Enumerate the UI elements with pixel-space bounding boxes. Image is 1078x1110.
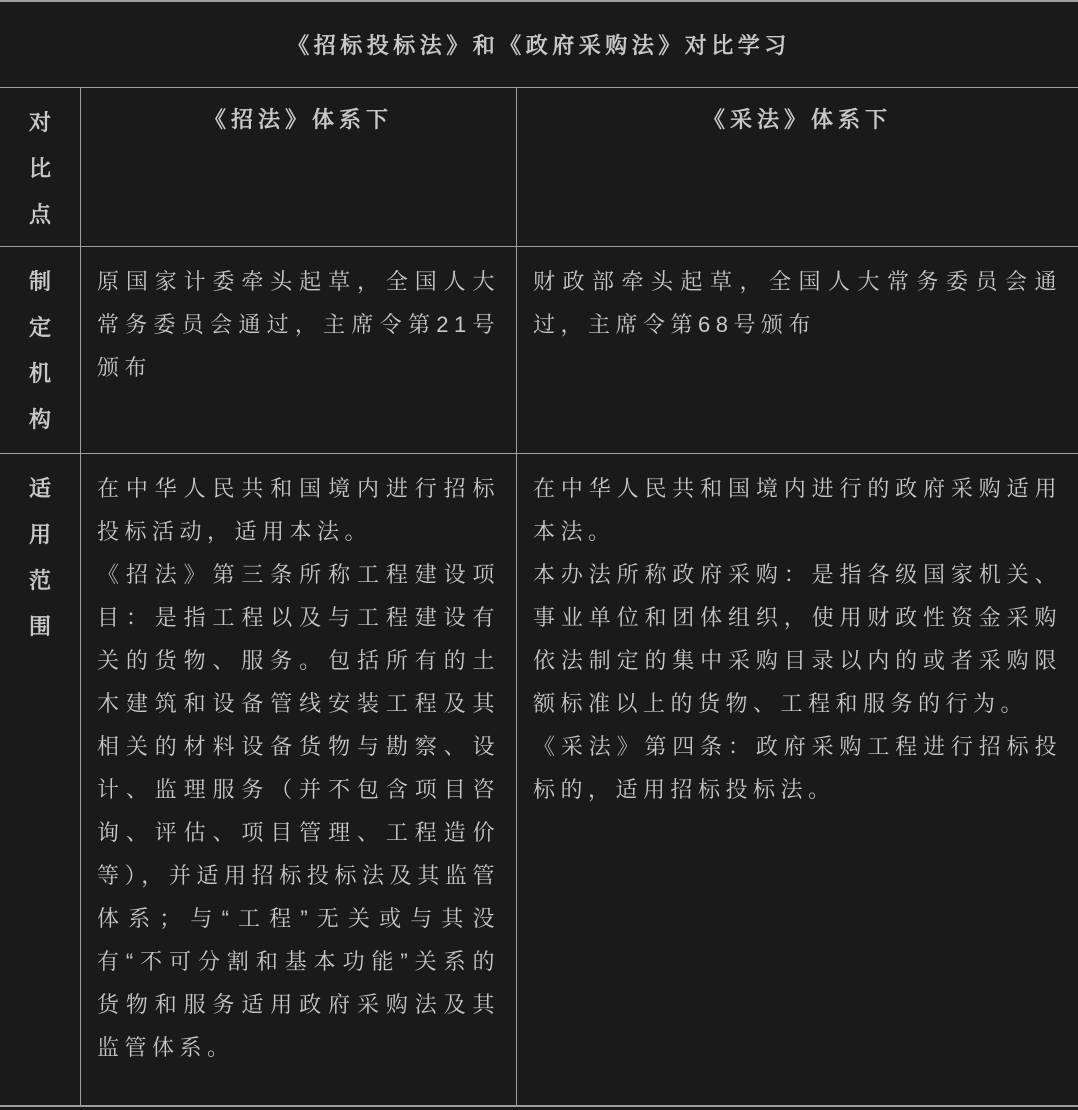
paragraph: 财政部牵头起草，全国人大常务委员会通过，主席令第68号颁布 (533, 260, 1062, 346)
row-label-making-body: 制定机构 (29, 259, 51, 443)
paragraph: 原国家计委牵头起草，全国人大常务委员会通过，主席令第21号颁布 (97, 260, 500, 389)
corner-header-cell: 对比点 (0, 87, 80, 246)
paragraph: 本办法所称政府采购：是指各级国家机关、事业单位和团体组织，使用财政性资金采购依法… (533, 553, 1062, 725)
paragraph: 在中华人民共和国境内进行的政府采购适用本法。 (533, 467, 1062, 553)
page-title: 《招标投标法》和《政府采购法》对比学习 (0, 2, 1078, 87)
cell-zhao-making-body: 原国家计委牵头起草，全国人大常务委员会通过，主席令第21号颁布 (80, 246, 516, 453)
cell-zhao-scope: 在中华人民共和国境内进行招标投标活动，适用本法。 《招法》第三条所称工程建设项目… (80, 453, 516, 1105)
row-label-scope: 适用范围 (29, 466, 51, 650)
paragraph: 《招法》第三条所称工程建设项目：是指工程以及与工程建设有关的货物、服务。包括所有… (97, 553, 500, 1069)
col-header-cai: 《采法》体系下 (516, 87, 1078, 246)
row-label-cell-making-body: 制定机构 (0, 246, 80, 453)
comparison-table: 对比点 《招法》体系下 《采法》体系下 制定机构 原国家计委牵头起草，全国人大常… (0, 87, 1078, 1107)
cell-cai-scope: 在中华人民共和国境内进行的政府采购适用本法。 本办法所称政府采购：是指各级国家机… (516, 453, 1078, 1105)
comparison-table-page: 《招标投标法》和《政府采购法》对比学习 对比点 《招法》体系下 《采法》体系下 … (0, 0, 1078, 1110)
paragraph: 在中华人民共和国境内进行招标投标活动，适用本法。 (97, 467, 500, 553)
row-label-cell-scope: 适用范围 (0, 453, 80, 1105)
cell-cai-making-body: 财政部牵头起草，全国人大常务委员会通过，主席令第68号颁布 (516, 246, 1078, 453)
col-header-zhao: 《招法》体系下 (80, 87, 516, 246)
paragraph: 《采法》第四条：政府采购工程进行招标投标的，适用招标投标法。 (533, 725, 1062, 811)
corner-header-label: 对比点 (29, 100, 51, 238)
